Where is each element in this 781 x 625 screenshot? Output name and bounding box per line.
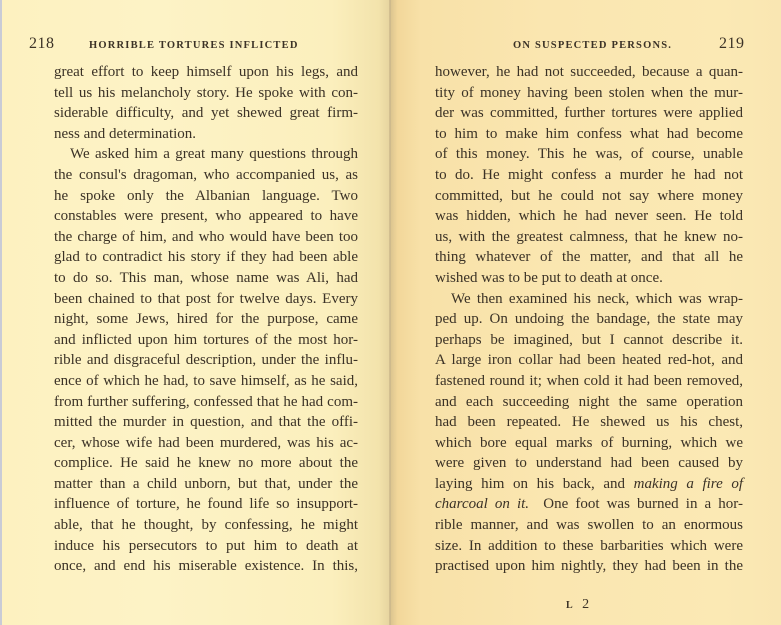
text-line: from further suffering, confessed that h… xyxy=(54,392,358,413)
text-line: and inflicted upon him tortures of the m… xyxy=(54,330,358,351)
text-line: thing whatever of the matter, and that a… xyxy=(435,247,743,268)
text-line: perhaps be imagined, but I cannot descri… xyxy=(435,330,743,351)
right-running-head: ON SUSPECTED PERSONS. 219 xyxy=(390,34,781,54)
text-line: fastened round it; when cold it had been… xyxy=(435,371,743,392)
page-number-left: 218 xyxy=(29,34,55,54)
text-line: ence of which he had, to save himself, a… xyxy=(54,371,358,392)
text-line: to do so. This man, whose name was Ali, … xyxy=(54,268,358,289)
text-line: siderable difficulty, and yet shewed gre… xyxy=(54,103,358,124)
text-line: der was committed, further tortures were… xyxy=(435,103,743,124)
text-line-mixed: laying him on his back, and making a fir… xyxy=(435,474,743,495)
text-line: of this money. This he was, of course, u… xyxy=(435,144,743,165)
left-page: 218 HORRIBLE TORTURES INFLICTED great ef… xyxy=(2,0,390,625)
signature-number: 2 xyxy=(582,597,592,612)
book-spread: 218 HORRIBLE TORTURES INFLICTED great ef… xyxy=(0,0,781,625)
text-line: once, and end his miserable existence. I… xyxy=(54,556,358,577)
book-gutter xyxy=(389,0,391,625)
text-line: night, some Jews, hired for the purpose,… xyxy=(54,309,358,330)
right-running-title: ON SUSPECTED PERSONS. xyxy=(513,36,672,56)
text-line: the consul's dragoman, who accompanied u… xyxy=(54,165,358,186)
page-number-right: 219 xyxy=(719,34,745,54)
text-line: been chained to that post for twelve day… xyxy=(54,289,358,310)
text-line: to him to make him confess what had beco… xyxy=(435,124,743,145)
left-page-text: great effort to keep himself upon his le… xyxy=(54,62,358,577)
text-line-mixed: charcoal on it. One foot was burned in a… xyxy=(435,494,743,515)
text-line: had been repeated. He shewed us his ches… xyxy=(435,412,743,433)
text-line: influence of torture, he found life so i… xyxy=(54,494,358,515)
italic-run: charcoal on it. xyxy=(435,496,529,512)
right-page-text: however, he had not succeeded, because a… xyxy=(435,62,743,577)
text-line: the charge of him, and who would have be… xyxy=(54,227,358,248)
text-line: great effort to keep himself upon his le… xyxy=(54,62,358,83)
text-run: One foot was burned in a hor- xyxy=(529,496,743,512)
italic-run: making a fire of xyxy=(634,476,743,492)
text-line: cer, whose wife had been murdered, was h… xyxy=(54,433,358,454)
text-line: able, that he thought, by confessing, he… xyxy=(54,515,358,536)
text-line: ness and determination. xyxy=(54,124,358,145)
text-line: wished was to be put to death at once. xyxy=(435,268,743,289)
text-line: to do. He might confess a murder he had … xyxy=(435,165,743,186)
text-line: ped up. On undoing the bandage, the stat… xyxy=(435,309,743,330)
left-running-title: HORRIBLE TORTURES INFLICTED xyxy=(89,36,299,56)
text-line: matter than a child unborn, but that, un… xyxy=(54,474,358,495)
text-line: tell us his melancholy story. He spoke w… xyxy=(54,83,358,104)
text-line: us, with the greatest calmness, that he … xyxy=(435,227,743,248)
right-page: ON SUSPECTED PERSONS. 219 however, he ha… xyxy=(390,0,781,625)
text-line: complice. He said he knew no more about … xyxy=(54,453,358,474)
text-line: mitted the murder in question, and that … xyxy=(54,412,358,433)
text-line: he spoke only the Albanian language. Two xyxy=(54,186,358,207)
signature-letter: L xyxy=(566,600,576,611)
text-line: which bore equal marks of burning, which… xyxy=(435,433,743,454)
text-line: was hidden, which he had never seen. He … xyxy=(435,206,743,227)
text-line: were given to understand had been caused… xyxy=(435,453,743,474)
text-line: committed, but he could not say where mo… xyxy=(435,186,743,207)
text-line: practised upon him nightly, they had bee… xyxy=(435,556,743,577)
text-line: and each succeeding night the same opera… xyxy=(435,392,743,413)
text-line: size. In addition to these barbarities w… xyxy=(435,536,743,557)
text-line: glad to contradict his story if they had… xyxy=(54,247,358,268)
text-line: A large iron collar had been heated red-… xyxy=(435,350,743,371)
left-running-head: 218 HORRIBLE TORTURES INFLICTED xyxy=(2,34,390,54)
signature-mark: L 2 xyxy=(566,597,592,613)
text-line: tity of money having been stolen when th… xyxy=(435,83,743,104)
text-run: laying him on his back, and xyxy=(435,476,634,492)
text-line: We then examined his neck, which was wra… xyxy=(435,289,743,310)
text-line: rible manner, and was swollen to an enor… xyxy=(435,515,743,536)
text-line: constables were present, who appeared to… xyxy=(54,206,358,227)
text-line: induce his persecutors to put him to dea… xyxy=(54,536,358,557)
text-line: rible and disgraceful description, under… xyxy=(54,350,358,371)
text-line: however, he had not succeeded, because a… xyxy=(435,62,743,83)
text-line: We asked him a great many questions thro… xyxy=(54,144,358,165)
